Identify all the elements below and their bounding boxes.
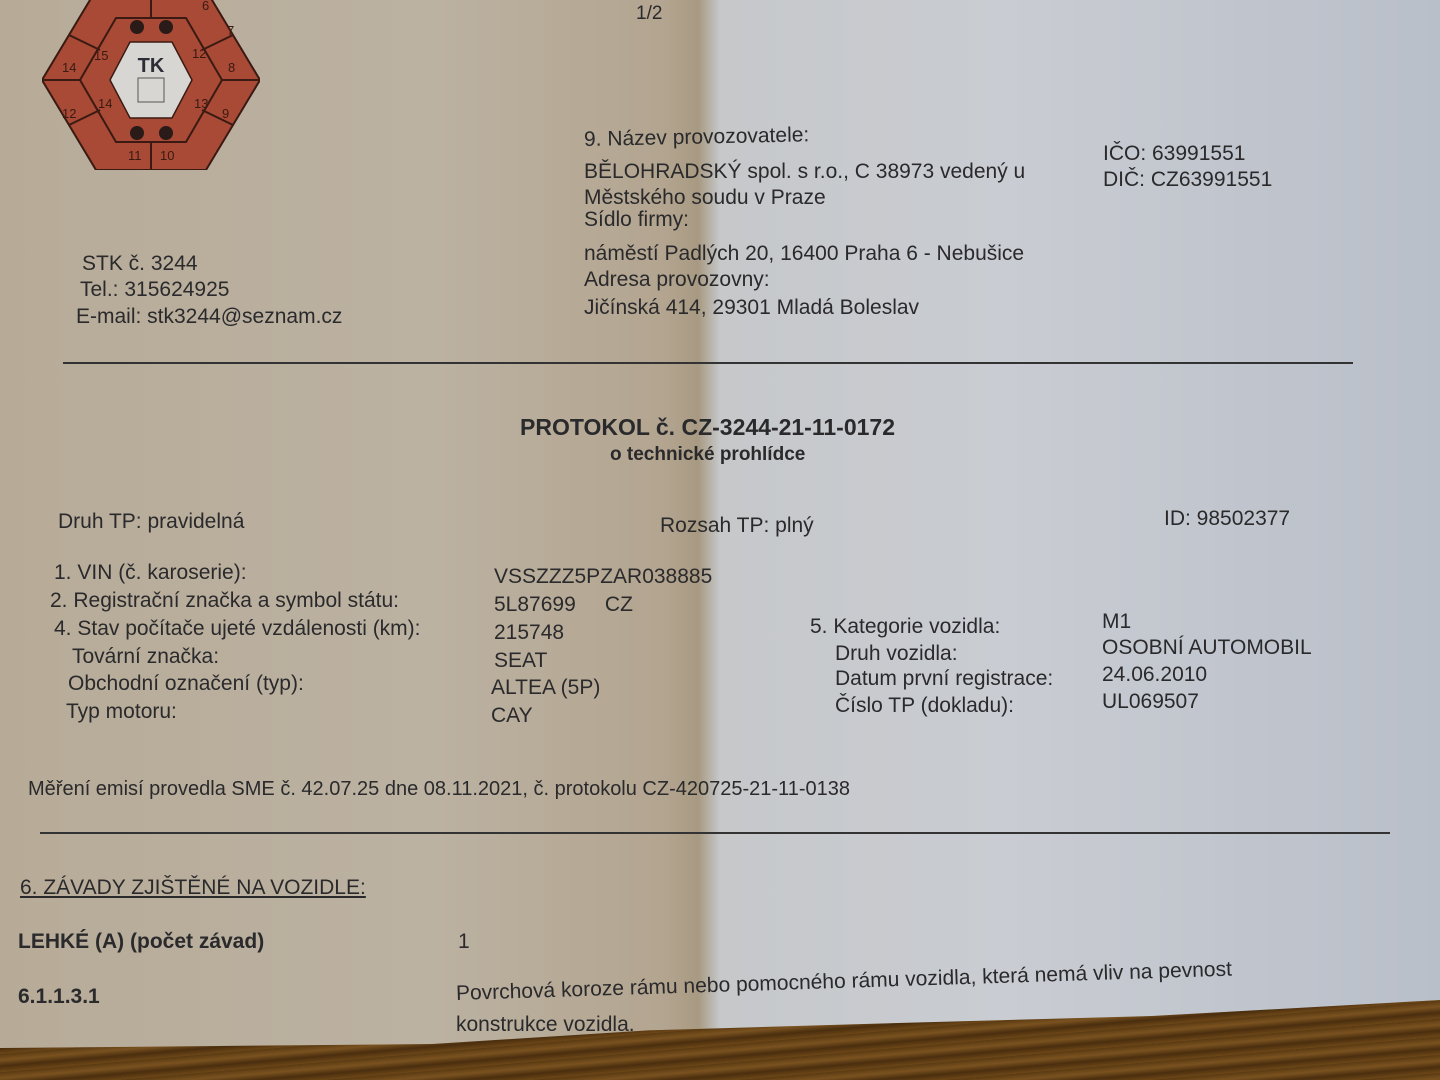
svg-text:12: 12 bbox=[62, 106, 76, 121]
operator-name-line2: Městského soudu v Praze bbox=[584, 186, 826, 210]
vehicle-field-label: Číslo TP (dokladu): bbox=[835, 694, 1014, 718]
vehicle-field-label: 4. Stav počítače ujeté vzdálenosti (km): bbox=[54, 617, 421, 641]
page-indicator: 1/2 bbox=[636, 3, 662, 25]
stk-hexagon-logo-icon: TK 1110 129 148 1512 1314 76 bbox=[42, 0, 260, 170]
svg-text:7: 7 bbox=[227, 23, 234, 38]
svg-text:14: 14 bbox=[98, 96, 112, 111]
vehicle-field-value: SEAT bbox=[494, 649, 547, 673]
vehicle-field-label: Obchodní označení (typ): bbox=[68, 672, 304, 696]
svg-text:13: 13 bbox=[194, 96, 208, 111]
svg-text:9: 9 bbox=[222, 106, 229, 121]
vehicle-field-label: Datum první registrace: bbox=[835, 667, 1053, 691]
protocol-subtitle: o technické prohlídce bbox=[610, 444, 805, 466]
vehicle-field-value: 24.06.2010 bbox=[1102, 663, 1207, 687]
vehicle-field-value: ALTEA (5P) bbox=[491, 676, 600, 700]
company-ico: IČO: 63991551 bbox=[1103, 142, 1245, 166]
operator-seat-label: Sídlo firmy: bbox=[584, 208, 689, 232]
defect-category-label: LEHKÉ (A) (počet závad) bbox=[18, 930, 264, 954]
vehicle-field-value: VSSZZZ5PZAR038885 bbox=[494, 565, 712, 589]
inspection-type: Druh TP: pravidelná bbox=[58, 510, 244, 534]
header-divider bbox=[63, 362, 1353, 364]
operator-seat-value: náměstí Padlých 20, 16400 Praha 6 - Nebu… bbox=[584, 242, 1024, 266]
vehicle-field-value: 215748 bbox=[494, 621, 564, 645]
svg-text:8: 8 bbox=[228, 60, 235, 75]
operator-premises-value: Jičínská 414, 29301 Mladá Boleslav bbox=[584, 296, 919, 320]
svg-text:14: 14 bbox=[62, 60, 76, 75]
vehicle-field-value: M1 bbox=[1102, 610, 1131, 634]
svg-text:TK: TK bbox=[138, 55, 165, 77]
company-dic: DIČ: CZ63991551 bbox=[1103, 168, 1272, 192]
station-email: E-mail: stk3244@seznam.cz bbox=[76, 305, 342, 329]
svg-text:6: 6 bbox=[202, 0, 209, 13]
vehicle-field-label: Typ motoru: bbox=[66, 700, 177, 724]
vehicle-field-label: 2. Registrační značka a symbol státu: bbox=[50, 589, 399, 613]
vehicle-field-value: 5L87699 CZ bbox=[494, 593, 633, 617]
emissions-line: Měření emisí provedla SME č. 42.07.25 dn… bbox=[28, 778, 850, 801]
svg-text:11: 11 bbox=[128, 148, 142, 163]
operator-name-line1: BĚLOHRADSKÝ spol. s r.o., C 38973 vedený… bbox=[584, 160, 1025, 184]
vehicle-field-value: OSOBNÍ AUTOMOBIL bbox=[1102, 636, 1312, 660]
section-divider bbox=[40, 832, 1390, 834]
operator-heading: 9. Název provozovatele: bbox=[584, 123, 810, 152]
inspection-id: ID: 98502377 bbox=[1164, 507, 1290, 531]
defect-code: 6.1.1.3.1 bbox=[18, 985, 100, 1009]
station-phone: Tel.: 315624925 bbox=[80, 278, 229, 302]
defects-heading: 6. ZÁVADY ZJIŠTĚNÉ NA VOZIDLE: bbox=[20, 876, 366, 900]
inspection-scope: Rozsah TP: plný bbox=[660, 514, 814, 538]
svg-text:10: 10 bbox=[160, 148, 174, 163]
svg-text:15: 15 bbox=[94, 48, 108, 63]
defect-category-count: 1 bbox=[458, 930, 470, 954]
vehicle-field-label: Tovární značka: bbox=[72, 645, 219, 669]
vehicle-field-label: Druh vozidla: bbox=[835, 642, 958, 666]
svg-text:12: 12 bbox=[192, 46, 206, 61]
operator-premises-label: Adresa provozovny: bbox=[584, 268, 770, 292]
vehicle-field-value: CAY bbox=[491, 704, 533, 728]
vehicle-field-label: 5. Kategorie vozidla: bbox=[810, 615, 1000, 639]
vehicle-field-value: UL069507 bbox=[1102, 690, 1199, 714]
vehicle-field-label: 1. VIN (č. karoserie): bbox=[54, 561, 247, 585]
protocol-title: PROTOKOL č. CZ-3244-21-11-0172 bbox=[520, 414, 895, 441]
station-number: STK č. 3244 bbox=[82, 252, 198, 276]
